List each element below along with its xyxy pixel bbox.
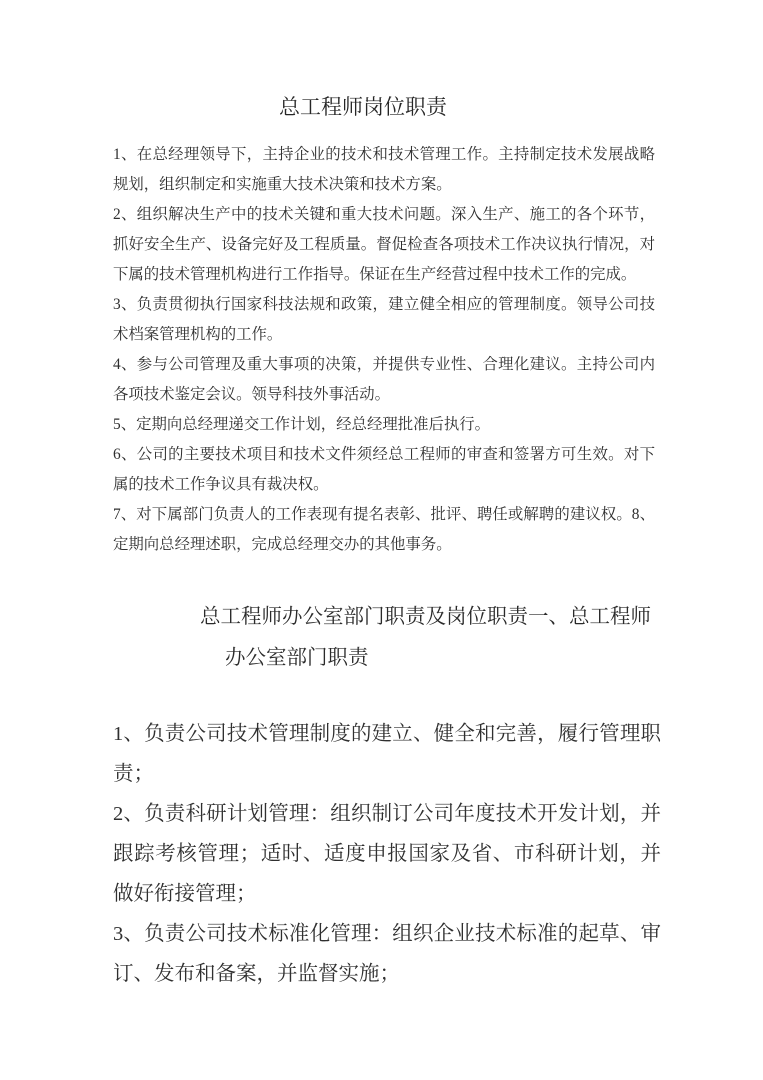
section1-body: 1、在总经理领导下，主持企业的技术和技术管理工作。主持制定技术发展战略规划，组织… [113,140,655,560]
duty-paragraph-3: 3、负责贯彻执行国家科技法规和政策，建立健全相应的管理制度。领导公司技术档案管理… [113,290,655,350]
office-duty-paragraph-2: 2、负责科研计划管理：组织制订公司年度技术开发计划，并跟踪考核管理；适时、适度申… [113,794,661,914]
duty-paragraph-4: 4、参与公司管理及重大事项的决策，并提供专业性、合理化建议。主持公司内各项技术鉴… [113,350,655,410]
section2-heading-line1: 总工程师办公室部门职责及岗位职责一、总工程师 [113,597,675,638]
section2-heading: 总工程师办公室部门职责及岗位职责一、总工程师 办公室部门职责 [113,597,675,679]
duty-paragraph-5: 5、定期向总经理递交工作计划，经总经理批准后执行。 [113,410,655,440]
document-page: 总工程师岗位职责 1、在总经理领导下，主持企业的技术和技术管理工作。主持制定技术… [0,0,763,1080]
section2-heading-line2: 办公室部门职责 [113,638,675,679]
doc-title: 总工程师岗位职责 [113,92,613,122]
duty-paragraph-6: 6、公司的主要技术项目和技术文件须经总工程师的审查和签署方可生效。对下属的技术工… [113,440,655,500]
office-duty-paragraph-3: 3、负责公司技术标准化管理：组织企业技术标准的起草、审订、发布和备案，并监督实施… [113,914,661,994]
section2-body: 1、负责公司技术管理制度的建立、健全和完善，履行管理职责； 2、负责科研计划管理… [113,714,661,994]
duty-paragraph-1: 1、在总经理领导下，主持企业的技术和技术管理工作。主持制定技术发展战略规划，组织… [113,140,655,200]
duty-paragraph-2: 2、组织解决生产中的技术关键和重大技术问题。深入生产、施工的各个环节，抓好安全生… [113,200,655,290]
office-duty-paragraph-1: 1、负责公司技术管理制度的建立、健全和完善，履行管理职责； [113,714,661,794]
duty-paragraph-7: 7、对下属部门负责人的工作表现有提名表彰、批评、聘任或解聘的建议权。8、定期向总… [113,500,655,560]
